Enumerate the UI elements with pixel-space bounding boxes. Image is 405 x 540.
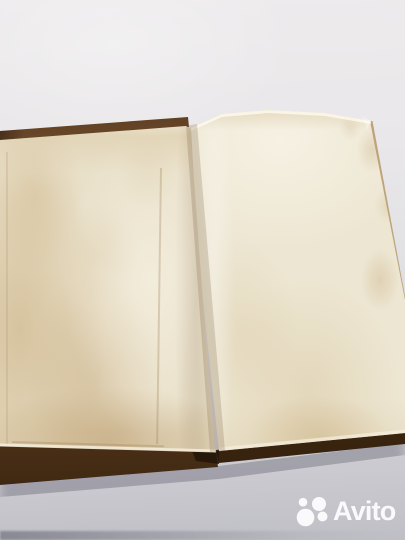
pastedown-ridge-left	[6, 152, 8, 444]
backdrop-bottom-edge	[0, 531, 405, 540]
avito-logo-icon	[296, 495, 330, 527]
photo-canvas: Avito	[0, 0, 405, 540]
avito-watermark: Avito	[296, 495, 396, 527]
watermark-text: Avito	[333, 495, 396, 527]
pastedown-ridge-vertical	[156, 168, 162, 444]
